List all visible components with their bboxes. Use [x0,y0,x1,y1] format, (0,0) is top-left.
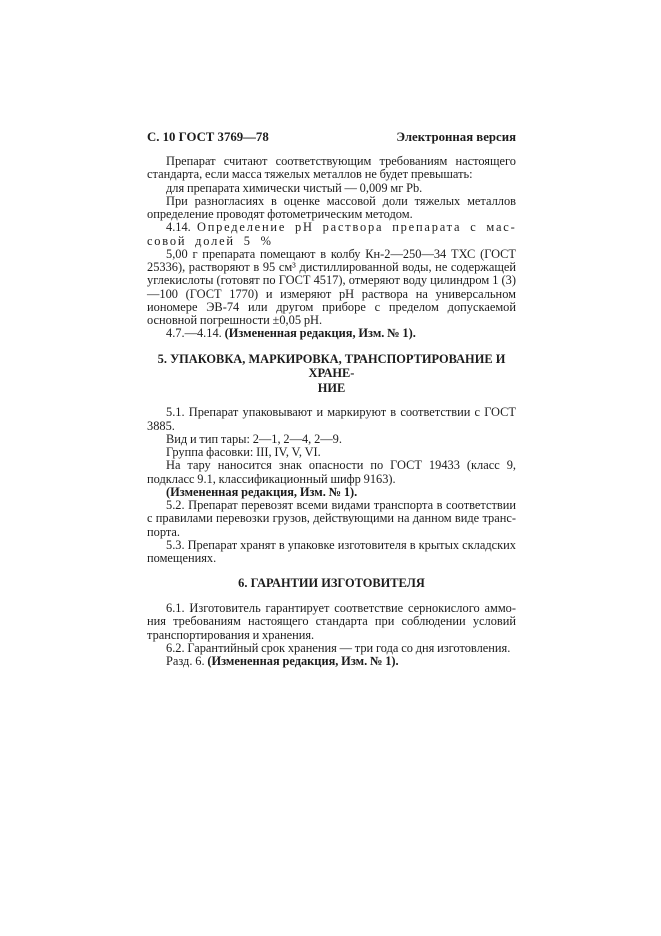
clause-4-14-heading: 4.14. Определение рН раствора препарата … [147,221,516,248]
para-6-2-shelf-life: 6.2. Гарантийный срок хранения — три год… [147,642,516,655]
para-chemically-pure-limit: для препарата химически чистый — 0,009 м… [147,182,516,195]
heading-line: 6. ГАРАНТИИ ИЗГОТОВИТЕЛЯ [147,576,516,591]
para-packing-group: Группа фасовки: III, IV, V, VI. [147,446,516,459]
para-heavy-metals-requirement: Препарат считают соответствующим требова… [147,155,516,182]
section-5-heading: 5. УПАКОВКА, МАРКИРОВКА, ТРАНСПОРТИРОВАН… [147,352,516,396]
section-6-heading: 6. ГАРАНТИИ ИЗГОТОВИТЕЛЯ [147,576,516,591]
clause-number: 4.14. [166,220,197,234]
para-5-3-storage: 5.3. Препарат хранят в упаковке изготови… [147,539,516,566]
amended-note-bold: (Измененная редакция, Изм. № 1). [166,485,357,499]
note-prefix: 4.7.—4.14. [166,326,225,340]
para-danger-sign: На тару наносится знак опасности по ГОСТ… [147,459,516,486]
amended-note-5: (Измененная редакция, Изм. № 1). [147,486,516,499]
text-column: С. 10 ГОСТ 3769—78 Электронная версия Пр… [147,131,516,668]
page-header-right: Электронная версия [396,131,516,144]
amended-note-bold: (Измененная редакция, Изм. № 1). [207,654,398,668]
amended-note-4-7-4-14: 4.7.—4.14. (Измененная редакция, Изм. № … [147,327,516,340]
spaced-text: совой долей 5 % [147,234,273,248]
para-ph-procedure: 5,00 г препарата помещают в колбу Кн-2—2… [147,248,516,328]
para-disagreement-photometric: При разногласиях в оценке массовой доли … [147,195,516,222]
para-6-1-guarantee: 6.1. Изготовитель гарантирует соответств… [147,602,516,642]
document-page: С. 10 ГОСТ 3769—78 Электронная версия Пр… [0,0,661,936]
para-5-1-packaging: 5.1. Препарат упаковывают и маркируют в … [147,406,516,433]
page-header-left: С. 10 ГОСТ 3769—78 [147,131,269,144]
para-5-2-transport: 5.2. Препарат перевозят всеми видами тра… [147,499,516,539]
para-container-types: Вид и тип тары: 2—1, 2—4, 2—9. [147,433,516,446]
note-prefix: Разд. 6. [166,654,207,668]
heading-line: НИЕ [147,381,516,396]
amended-note-6: Разд. 6. (Измененная редакция, Изм. № 1)… [147,655,516,668]
spaced-text: Определение рН раствора препарата с мас- [197,220,517,234]
page-header: С. 10 ГОСТ 3769—78 Электронная версия [147,131,516,144]
amended-note-bold: (Измененная редакция, Изм. № 1). [225,326,416,340]
heading-line: 5. УПАКОВКА, МАРКИРОВКА, ТРАНСПОРТИРОВАН… [147,352,516,381]
spaced-heading-line: 4.14. Определение рН раствора препарата … [147,221,516,234]
spaced-heading-line: совой долей 5 % [147,235,516,248]
document-content: Препарат считают соответствующим требова… [147,155,516,668]
